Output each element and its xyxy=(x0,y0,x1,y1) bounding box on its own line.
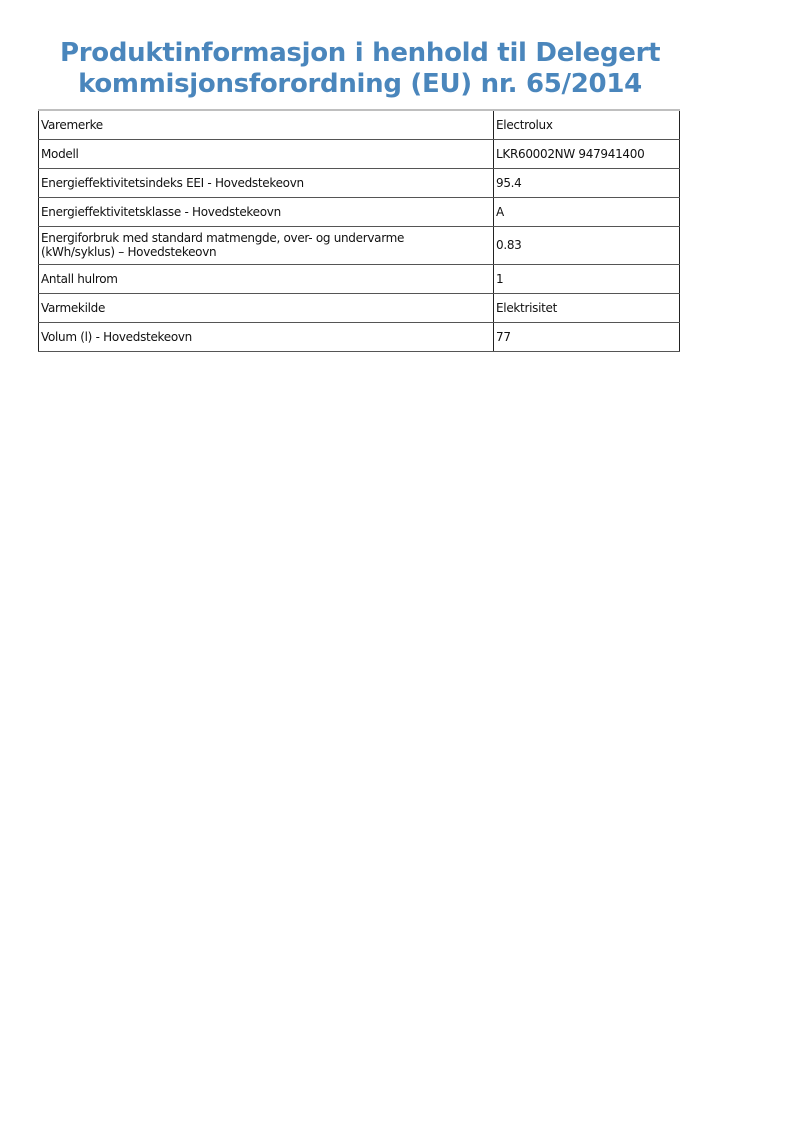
product-info-table: Varemerke Electrolux Modell LKR60002NW 9… xyxy=(38,109,680,352)
title-line-1: Produktinformasjon i henhold til Deleger… xyxy=(60,38,660,69)
row-value-model: LKR60002NW 947941400 xyxy=(494,139,680,168)
row-label-brand: Varemerke xyxy=(39,110,494,139)
row-label-volume: Volum (l) - Hovedstekeovn xyxy=(39,322,494,351)
row-value-brand: Electrolux xyxy=(494,110,680,139)
row-label-eei: Energieffektivitetsindeks EEI - Hovedste… xyxy=(39,168,494,197)
row-value-energy-consumption: 0.83 xyxy=(494,226,680,264)
row-value-energy-class: A xyxy=(494,197,680,226)
table-row: Antall hulrom 1 xyxy=(39,264,680,293)
row-label-energy-consumption: Energiforbruk med standard matmengde, ov… xyxy=(39,226,494,264)
row-label-energy-class: Energieffektivitetsklasse - Hovedstekeov… xyxy=(39,197,494,226)
table-row: Varemerke Electrolux xyxy=(39,110,680,139)
label-line-2: (kWh/syklus) – Hovedstekeovn xyxy=(41,245,216,259)
title-line-2: kommisjonsforordning (EU) nr. 65/2014 xyxy=(60,69,660,100)
row-value-heat-source: Elektrisitet xyxy=(494,293,680,322)
table-row: Energieffektivitetsindeks EEI - Hovedste… xyxy=(39,168,680,197)
label-line-1: Energiforbruk med standard matmengde, ov… xyxy=(41,231,404,245)
row-value-volume: 77 xyxy=(494,322,680,351)
row-label-heat-source: Varmekilde xyxy=(39,293,494,322)
table-row: Volum (l) - Hovedstekeovn 77 xyxy=(39,322,680,351)
row-label-model: Modell xyxy=(39,139,494,168)
table-row: Energiforbruk med standard matmengde, ov… xyxy=(39,226,680,264)
row-label-cavities: Antall hulrom xyxy=(39,264,494,293)
table-row: Varmekilde Elektrisitet xyxy=(39,293,680,322)
table-row: Modell LKR60002NW 947941400 xyxy=(39,139,680,168)
table-row: Energieffektivitetsklasse - Hovedstekeov… xyxy=(39,197,680,226)
page-title: Produktinformasjon i henhold til Deleger… xyxy=(60,38,660,100)
row-value-cavities: 1 xyxy=(494,264,680,293)
row-value-eei: 95.4 xyxy=(494,168,680,197)
